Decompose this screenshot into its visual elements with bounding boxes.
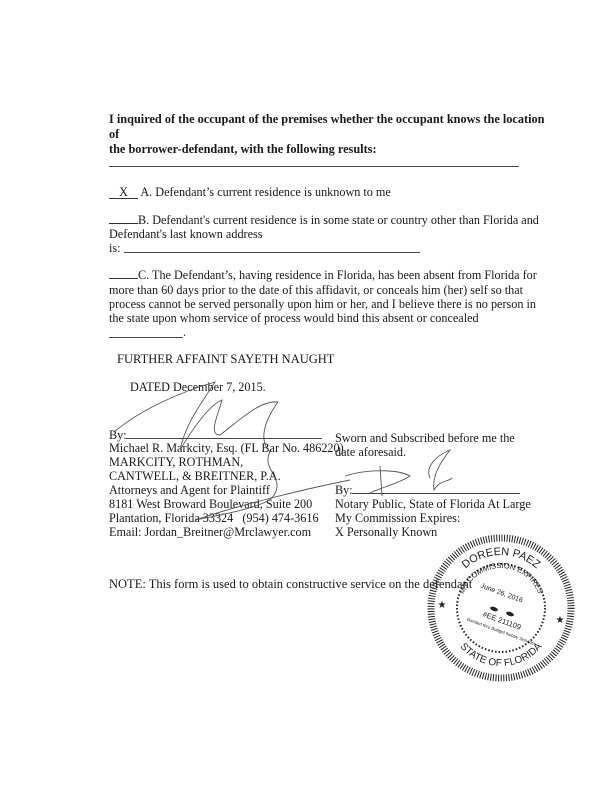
attorney-address: 8181 West Broward Boulevard, Suite 200 xyxy=(109,497,312,511)
option-b-line-2: Defendant's last known address xyxy=(109,227,263,241)
further-affiant: FURTHER AFFAINT SAYETH NAUGHT xyxy=(117,352,334,366)
notary-personally-known: X Personally Known xyxy=(335,525,437,539)
results-rule xyxy=(109,166,519,167)
option-c-checkbox[interactable] xyxy=(109,278,138,279)
notary-stamp: DOREEN PAEZ MY COMMISSION EXPIRES STATE … xyxy=(426,533,576,683)
stamp-seal-mark xyxy=(506,611,515,617)
option-b-line-1: B. Defendant's current residence is in s… xyxy=(109,213,539,227)
option-c-line-1: C. The Defendant’s, having residence in … xyxy=(109,268,537,282)
option-a-text: A. Defendant’s current residence is unkn… xyxy=(140,185,390,199)
option-b-checkbox[interactable] xyxy=(109,223,138,224)
option-c-line-2: more than 60 days prior to the date of t… xyxy=(109,283,523,297)
dated-line: DATED December 7, 2015. xyxy=(130,380,266,394)
option-a-checkbox[interactable]: X xyxy=(109,186,138,199)
intro-line-1: I inquired of the occupant of the premis… xyxy=(109,112,545,127)
firm-line-1: MARKCITY, ROTHMAN, xyxy=(109,455,243,469)
firm-line-2: CANTWELL, & BREITNER, P.A. xyxy=(109,469,281,483)
option-c-line-3: process cannot be served personally upon… xyxy=(109,297,536,311)
intro-line-2: of xyxy=(109,127,119,142)
option-b-address-field[interactable] xyxy=(124,252,420,253)
sworn-line-2: date aforesaid. xyxy=(335,445,406,459)
attorney-by-label: By: xyxy=(109,428,127,442)
option-c-line-4: the state upon whom service of process w… xyxy=(109,311,479,325)
notary-commission: My Commission Expires: xyxy=(335,511,460,525)
option-b-line-3: is: xyxy=(109,241,121,255)
intro-line-3: the borrower-defendant, with the followi… xyxy=(109,142,377,157)
stamp-star-right: ★ xyxy=(556,615,565,626)
note-text: NOTE: This form is used to obtain constr… xyxy=(109,577,472,591)
option-c-line-5: . xyxy=(109,325,186,339)
option-b-address-label: is: xyxy=(109,241,121,255)
notary-title: Notary Public, State of Florida At Large xyxy=(335,497,531,511)
notary-by-label: By: xyxy=(335,483,353,497)
attorney-role: Attorneys and Agent for Plaintiff xyxy=(109,483,270,497)
option-a: X A. Defendant’s current residence is un… xyxy=(109,185,391,199)
notary-signature-line[interactable] xyxy=(352,493,520,494)
attorney-signature-line[interactable] xyxy=(126,438,322,439)
stamp-star-left: ★ xyxy=(438,600,447,611)
attorney-email[interactable]: Email: Jordan_Breitner@Mrclawyer.com xyxy=(109,525,311,539)
option-c-blank[interactable] xyxy=(109,327,183,338)
attorney-city-phone: Plantation, Florida 33324 (954) 474-3616 xyxy=(109,511,319,525)
stamp-expires: June 26, 2016 xyxy=(479,583,523,605)
sworn-line-1: Sworn and Subscribed before me the xyxy=(335,431,515,445)
attorney-name: Michael R. Markcity, Esq. (FL Bar No. 48… xyxy=(109,441,344,455)
stamp-state: STATE OF FLORIDA xyxy=(458,641,545,669)
